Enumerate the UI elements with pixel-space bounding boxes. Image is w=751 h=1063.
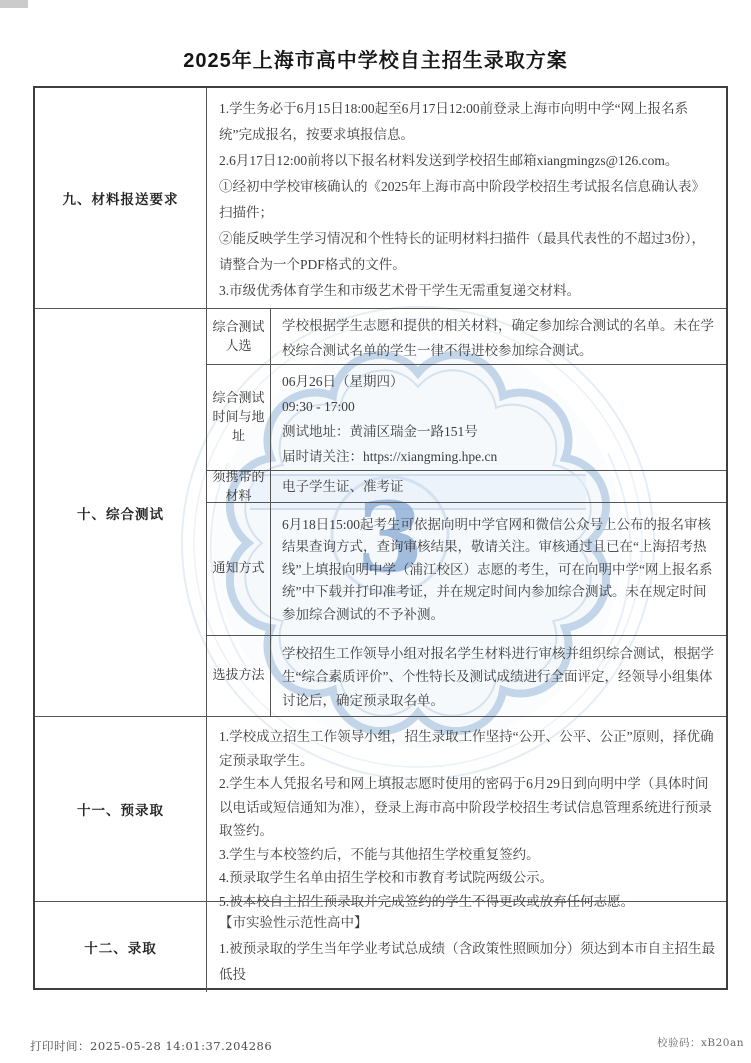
paragraph: 3.学生与本校签约后，不能与其他招生学校重复签约。 [219, 843, 716, 867]
paragraph: 电子学生证、准考证 [282, 476, 718, 499]
row-label-pre-admission: 十一、预录取 [35, 717, 207, 901]
table-row-materials: 九、材料报送要求 1.学生务必于6月15日18:00起至6月17日12:00前登… [35, 88, 726, 308]
paragraph: 1.学校成立招生工作领导小组，招生录取工作坚持“公开、公平、公正”原则，择优确定… [219, 725, 716, 772]
row-content-pre-admission: 1.学校成立招生工作领导小组，招生录取工作坚持“公开、公平、公正”原则，择优确定… [207, 717, 726, 901]
scan-artifact [0, 0, 28, 8]
row-label-comprehensive-test: 十、综合测试 [35, 309, 207, 716]
checksum: 校验码：xB20an [657, 1035, 744, 1050]
row-label-materials: 九、材料报送要求 [35, 88, 207, 308]
paragraph: 1.学生务必于6月15日18:00起至6月17日12:00前登录上海市向明中学“… [219, 96, 716, 148]
print-time-value: 2025-05-28 14:01:37.204286 [90, 1039, 272, 1053]
subrow-content: 6月18日15:00起考生可依据向明中学官网和微信公众号上公布的报名审核结果查询… [271, 503, 726, 635]
paragraph: 09:30 - 17:00 [282, 394, 718, 419]
paragraph: ①经初中学校审核确认的《2025年上海市高中阶段学校招生考试报名信息确认表》扫描… [219, 174, 716, 226]
subrow-selection-method: 选拔方法 学校招生工作领导小组对报名学生材料进行审核并组织综合测试，根据学生“综… [207, 635, 726, 717]
subrow-bring-materials: 须携带的材料 电子学生证、准考证 [207, 470, 726, 502]
paragraph: 06月26日（星期四） [282, 369, 718, 394]
subrow-content: 学校根据学生志愿和提供的相关材料，确定参加综合测试的名单。未在学校综合测试名单的… [271, 309, 726, 364]
paragraph: 学校招生工作领导小组对报名学生材料进行审核并组织综合测试，根据学生“综合素质评价… [282, 642, 718, 713]
paragraph: 2.学生本人凭报名号和网上填报志愿时使用的密码于6月29日到向明中学（具体时间以… [219, 772, 716, 843]
paragraph: 4.预录取学生名单由招生学校和市教育考试院两级公示。 [219, 866, 716, 890]
subrow-candidates: 综合测试人选 学校根据学生志愿和提供的相关材料，确定参加综合测试的名单。未在学校… [207, 309, 726, 364]
row-content-admission: 【市实验性示范性高中】 1.被预录取的学生当年学业考试总成绩（含政策性照顾加分）… [207, 902, 726, 992]
subrow-content: 学校招生工作领导小组对报名学生材料进行审核并组织综合测试，根据学生“综合素质评价… [271, 636, 726, 717]
table-row-comprehensive-test: 十、综合测试 综合测试人选 学校根据学生志愿和提供的相关材料，确定参加综合测试的… [35, 308, 726, 716]
paragraph: 届时请关注：https://xiangming.hpe.cn [282, 444, 718, 469]
test-subrows: 综合测试人选 学校根据学生志愿和提供的相关材料，确定参加综合测试的名单。未在学校… [207, 309, 726, 716]
paragraph: 【市实验性示范性高中】 [219, 910, 716, 936]
paragraph: 1.被预录取的学生当年学业考试总成绩（含政策性照顾加分）须达到本市自主招生最低投 [219, 936, 716, 988]
table-row-pre-admission: 十一、预录取 1.学校成立招生工作领导小组，招生录取工作坚持“公开、公平、公正”… [35, 716, 726, 901]
subrow-content: 06月26日（星期四） 09:30 - 17:00 测试地址：黄浦区瑞金一路15… [271, 365, 726, 470]
subrow-label: 综合测试时间与地址 [207, 365, 271, 470]
row-content-materials: 1.学生务必于6月15日18:00起至6月17日12:00前登录上海市向明中学“… [207, 88, 726, 308]
row-label-admission: 十二、录取 [35, 902, 207, 992]
subrow-label: 综合测试人选 [207, 309, 271, 364]
subrow-notification: 通知方式 6月18日15:00起考生可依据向明中学官网和微信公众号上公布的报名审… [207, 502, 726, 635]
paragraph: 3.市级优秀体育学生和市级艺术骨干学生无需重复递交材料。 [219, 278, 716, 304]
paragraph: ②能反映学生学习情况和个性特长的证明材料扫描件（最具代表性的不超过3份），请整合… [219, 226, 716, 278]
subrow-label: 通知方式 [207, 503, 271, 635]
subrow-content: 电子学生证、准考证 [271, 471, 726, 502]
subrow-schedule: 综合测试时间与地址 06月26日（星期四） 09:30 - 17:00 测试地址… [207, 364, 726, 470]
scanned-document-page: 3 2025年上海市高中学校自主招生录取方案 九、材料报送要求 1.学生务必于6… [0, 0, 751, 1063]
subrow-label: 须携带的材料 [207, 471, 271, 502]
checksum-label: 校验码： [657, 1037, 701, 1049]
page-title: 2025年上海市高中学校自主招生录取方案 [0, 44, 751, 73]
paragraph: 2.6月17日12:00前将以下报名材料发送到学校招生邮箱xiangmingzs… [219, 148, 716, 174]
subrow-label: 选拔方法 [207, 636, 271, 717]
paragraph: 6月18日15:00起考生可依据向明中学官网和微信公众号上公布的报名审核结果查询… [282, 514, 718, 627]
table-row-admission: 十二、录取 【市实验性示范性高中】 1.被预录取的学生当年学业考试总成绩（含政策… [35, 901, 726, 992]
paragraph: 学校根据学生志愿和提供的相关材料，确定参加综合测试的名单。未在学校综合测试名单的… [282, 313, 718, 363]
page-footer: 打印时间：2025-05-28 14:01:37.204286 校验码：xB20… [0, 1035, 751, 1059]
checksum-value: xB20an [701, 1037, 744, 1049]
paragraph: 测试地址：黄浦区瑞金一路151号 [282, 419, 718, 444]
admission-plan-table: 九、材料报送要求 1.学生务必于6月15日18:00起至6月17日12:00前登… [33, 86, 728, 990]
print-time: 打印时间：2025-05-28 14:01:37.204286 [30, 1038, 272, 1054]
print-time-label: 打印时间： [30, 1039, 90, 1053]
